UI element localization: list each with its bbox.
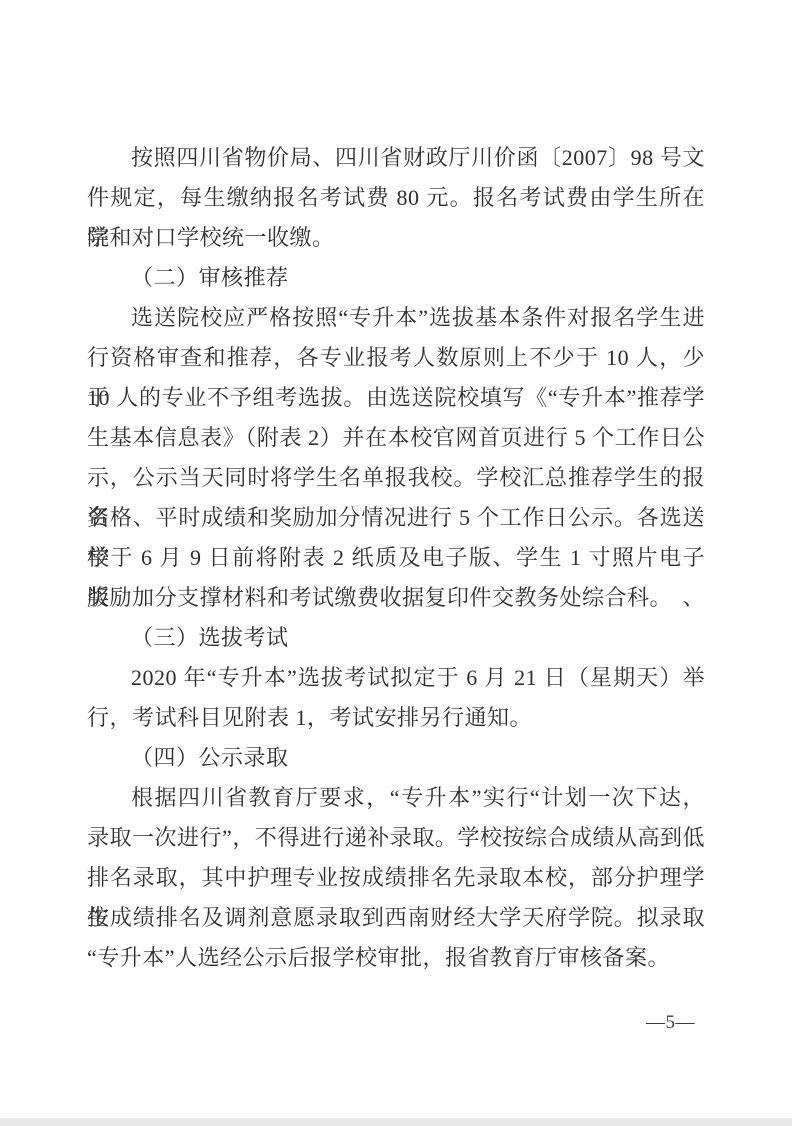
text-line: 行资格审查和推荐，各专业报考人数原则上不少于 10 人，少于 (87, 338, 705, 378)
text-line: 按成绩排名及调剂意愿录取到西南财经大学天府学院。拟录取 (87, 898, 705, 938)
text-line: 录取一次进行”，不得进行递补录取。学校按综合成绩从高到低 (87, 818, 705, 858)
section-heading: （二）审核推荐 (87, 258, 705, 298)
document-page: 按照四川省物价局、四川省财政厅川价函〔2007〕98 号文件规定，每生缴纳报名考… (0, 0, 792, 1126)
text-line: “专升本”人选经公示后报学校审批，报省教育厅审核备案。 (87, 938, 705, 978)
text-line: 行，考试科目见附表 1，考试安排另行通知。 (87, 698, 705, 738)
text-line: 件规定，每生缴纳报名考试费 80 元。报名考试费由学生所在学 (87, 178, 705, 218)
text-line: 生基本信息表》（附表 2）并在本校官网首页进行 5 个工作日公 (87, 418, 705, 458)
text-line: 根据四川省教育厅要求，“专升本”实行“计划一次下达， (87, 778, 705, 818)
text-line: 奖励加分支撑材料和考试缴费收据复印件交教务处综合科。 (87, 578, 705, 618)
section-heading: （三）选拔考试 (87, 618, 705, 658)
text-line: 校于 6 月 9 日前将附表 2 纸质及电子版、学生 1 寸照片电子版、 (87, 538, 705, 578)
text-line: 按照四川省物价局、四川省财政厅川价函〔2007〕98 号文 (87, 138, 705, 178)
text-line: 选送院校应严格按照“专升本”选拔基本条件对报名学生进 (87, 298, 705, 338)
text-line: 院和对口学校统一收缴。 (87, 218, 705, 258)
page-bottom-strip (0, 1118, 792, 1126)
section-heading: （四）公示录取 (87, 738, 705, 778)
text-line: 示，公示当天同时将学生名单报我校。学校汇总推荐学生的报名 (87, 458, 705, 498)
text-line: 资格、平时成绩和奖励加分情况进行 5 个工作日公示。各选送学 (87, 498, 705, 538)
text-line: 2020 年“专升本”选拔考试拟定于 6 月 21 日（星期天）举 (87, 658, 705, 698)
page-number: —5— (646, 1010, 695, 1036)
text-line: 10 人的专业不予组考选拔。由选送院校填写《“专升本”推荐学 (87, 378, 705, 418)
document-body: 按照四川省物价局、四川省财政厅川价函〔2007〕98 号文件规定，每生缴纳报名考… (87, 138, 705, 978)
text-line: 排名录取，其中护理专业按成绩排名先录取本校，部分护理学生 (87, 858, 705, 898)
